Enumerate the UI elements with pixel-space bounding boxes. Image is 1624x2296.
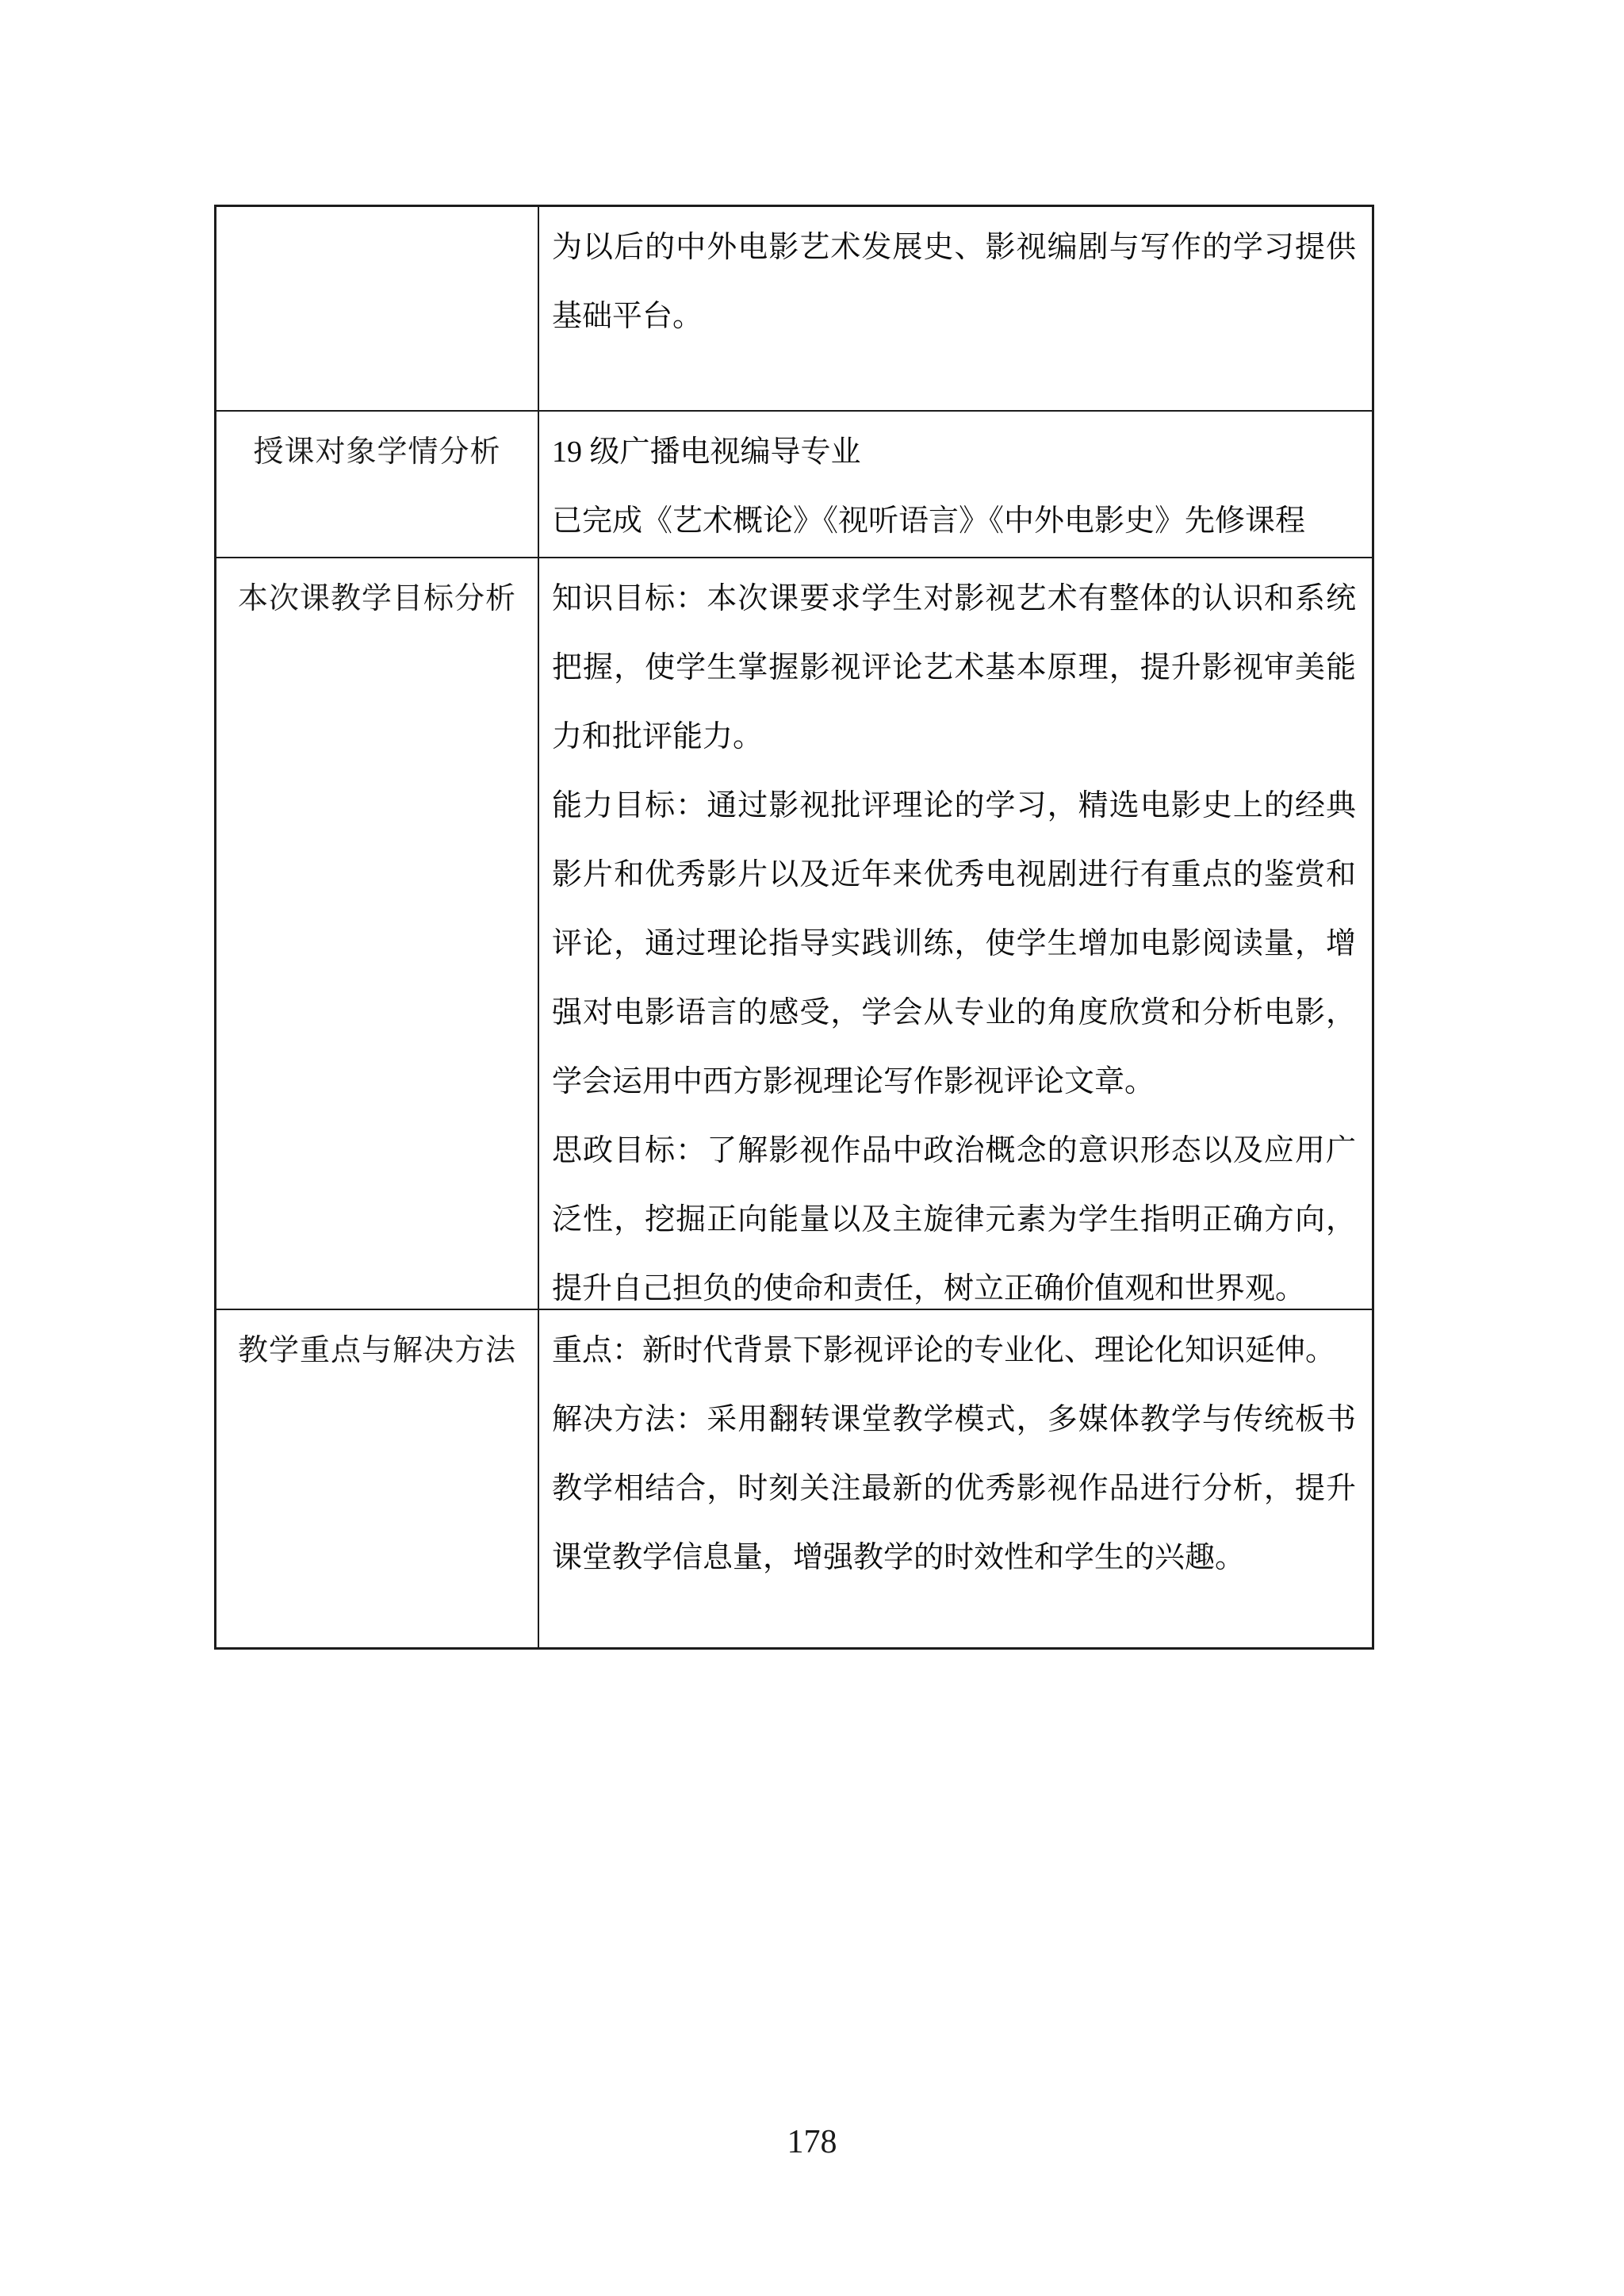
row-content-cell: 19 级广播电视编导专业 已完成《艺术概论》《视听语言》《中外电影史》先修课程: [539, 410, 1372, 557]
content-paragraph: 解决方法：采用翻转课堂教学模式，多媒体教学与传统板书教学相结合，时刻关注最新的优…: [552, 1386, 1356, 1593]
row-label-cell-empty: [216, 207, 539, 410]
row-content-cell: 知识目标：本次课要求学生对影视艺术有整体的认识和系统把握，使学生掌握影视评论艺术…: [539, 557, 1372, 1309]
lesson-plan-table: 为以后的中外电影艺术发展史、影视编剧与写作的学习提供基础平台。 授课对象学情分析…: [214, 205, 1374, 1650]
content-paragraph: 重点：新时代背景下影视评论的专业化、理论化知识延伸。: [552, 1317, 1356, 1386]
content-paragraph: 19 级广播电视编导专业: [552, 418, 1356, 487]
row-label-teaching-objectives: 本次课教学目标分析: [216, 557, 539, 1309]
row-content-cell: 重点：新时代背景下影视评论的专业化、理论化知识延伸。 解决方法：采用翻转课堂教学…: [539, 1309, 1372, 1647]
content-paragraph: 能力目标：通过影视批评理论的学习，精选电影史上的经典影片和优秀影片以及近年来优秀…: [552, 772, 1356, 1117]
row-label-key-points-solutions: 教学重点与解决方法: [216, 1309, 539, 1647]
page-number: 178: [0, 2124, 1624, 2160]
content-paragraph: 思政目标：了解影视作品中政治概念的意识形态以及应用广泛性，挖掘正向能量以及主旋律…: [552, 1117, 1356, 1309]
row-content-cell: 为以后的中外电影艺术发展史、影视编剧与写作的学习提供基础平台。: [539, 207, 1372, 410]
page: 为以后的中外电影艺术发展史、影视编剧与写作的学习提供基础平台。 授课对象学情分析…: [0, 0, 1624, 2296]
content-paragraph: 已完成《艺术概论》《视听语言》《中外电影史》先修课程: [552, 487, 1356, 556]
content-paragraph: 为以后的中外电影艺术发展史、影视编剧与写作的学习提供基础平台。: [552, 213, 1356, 351]
row-label-audience-analysis: 授课对象学情分析: [216, 410, 539, 557]
document-page: { "page": { "number": "178" }, "table": …: [0, 0, 1624, 2296]
content-paragraph: 知识目标：本次课要求学生对影视艺术有整体的认识和系统把握，使学生掌握影视评论艺术…: [552, 565, 1356, 772]
